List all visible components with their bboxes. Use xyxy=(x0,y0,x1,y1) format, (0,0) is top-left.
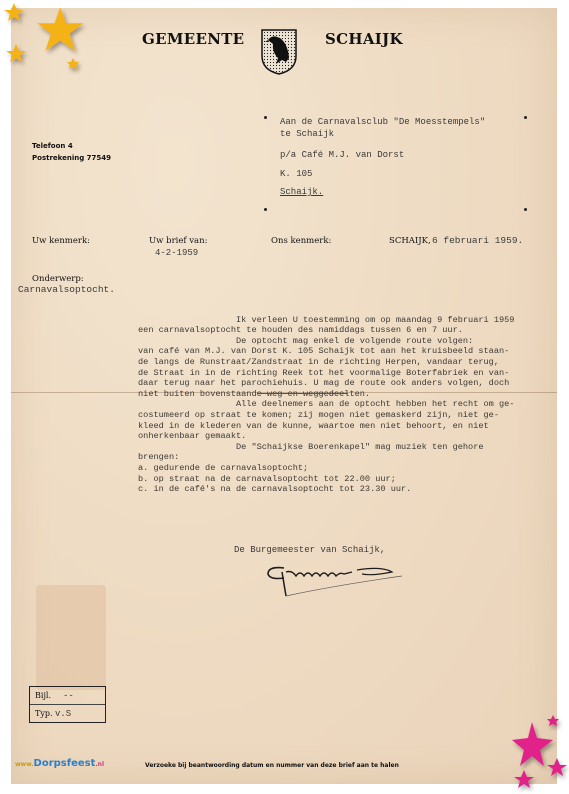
subject-value: Carnavalsoptocht. xyxy=(18,284,115,295)
letter-date: 6 februari 1959. xyxy=(432,235,523,246)
body-line: b. op straat na de carnavalsoptocht tot … xyxy=(138,474,514,485)
place-label: SCHAIJK, xyxy=(389,236,431,246)
strikethrough-line xyxy=(258,393,348,394)
typ-value: v.S xyxy=(55,709,71,719)
body-line: van café van M.J. van Dorst K. 105 Schai… xyxy=(138,346,514,357)
body-line: onherkenbaar gemaakt. xyxy=(138,431,514,442)
uw-kenmerk-label: Uw kenmerk: xyxy=(32,236,90,246)
handwritten-signature-icon xyxy=(262,560,412,604)
footer-note: Verzoeke bij beantwoording datum en numm… xyxy=(145,762,399,769)
body-line: c. in de café's na de carnavalsoptocht t… xyxy=(138,484,514,495)
coat-of-arms-bird-icon xyxy=(260,28,298,76)
logo-suffix: .nl xyxy=(95,761,104,768)
body-line: Ik verleen U toestemming om op maandag 9… xyxy=(138,315,514,326)
recipient-line-3: p/a Café M.J. van Dorst xyxy=(280,150,404,160)
ons-kenmerk-label: Ons kenmerk: xyxy=(271,236,331,246)
bijl-label: Bijl. xyxy=(35,691,63,700)
uw-brief-label: Uw brief van: xyxy=(149,236,207,246)
letterhead-gemeente: GEMEENTE xyxy=(142,30,244,48)
body-line: a. gedurende de carnavalsoptocht; xyxy=(138,463,514,474)
recipient-line-2: te Schaijk xyxy=(280,129,334,139)
recipient-line-4: K. 105 xyxy=(280,169,312,179)
body-line: een carnavalsoptocht te houden des namid… xyxy=(138,325,514,336)
typ-label: Typ. xyxy=(35,709,55,718)
postal-account: Postrekening 77549 xyxy=(32,154,111,162)
body-line: brengen: xyxy=(138,452,514,463)
body-line: kleed in de klederen van de kunne, waart… xyxy=(138,421,514,432)
logo-name: Dorpsfeest xyxy=(34,758,96,769)
logo-prefix: www. xyxy=(15,761,34,768)
body-line: De "Schaijkse Boerenkapel" mag muziek te… xyxy=(138,442,514,453)
body-line: costumeerd op straat te komen; zij mogen… xyxy=(138,410,514,421)
window-marker xyxy=(524,116,527,119)
recipient-line-5: Schaijk. xyxy=(280,187,323,197)
letter-body: Ik verleen U toestemming om op maandag 9… xyxy=(138,304,514,505)
star-decoration-icon xyxy=(490,700,569,794)
faded-stamp-area xyxy=(36,585,106,690)
window-marker xyxy=(524,208,527,211)
uw-brief-value: 4-2-1959 xyxy=(155,248,198,258)
subject-label: Onderwerp: xyxy=(32,274,84,284)
body-line: de Straat in in de richting Reek tot het… xyxy=(138,368,514,379)
body-line: Alle deelnemers aan de optocht hebben he… xyxy=(138,399,514,410)
body-line: De optocht mag enkel de volgende route v… xyxy=(138,336,514,347)
signatory: De Burgemeester van Schaijk, xyxy=(234,545,385,555)
window-marker xyxy=(264,116,267,119)
site-logo[interactable]: www.Dorpsfeest.nl xyxy=(15,758,95,774)
body-line: de langs de Runstraat/Zandstraat in de r… xyxy=(138,357,514,368)
attachment-box: Bijl. -- Typ. v.S xyxy=(29,686,106,723)
body-line: niet buiten bovenstaande weg en weggedee… xyxy=(138,389,514,400)
recipient-line-1: Aan de Carnavalsclub "De Moesstempels" xyxy=(280,117,485,127)
body-line: daar terug naar het parochiehuis. U mag … xyxy=(138,378,514,389)
phone-number: Telefoon 4 xyxy=(32,142,73,150)
star-decoration-icon xyxy=(0,0,90,75)
window-marker xyxy=(264,208,267,211)
bijl-value: -- xyxy=(63,691,74,701)
letterhead-schaijk: SCHAIJK xyxy=(325,30,403,48)
